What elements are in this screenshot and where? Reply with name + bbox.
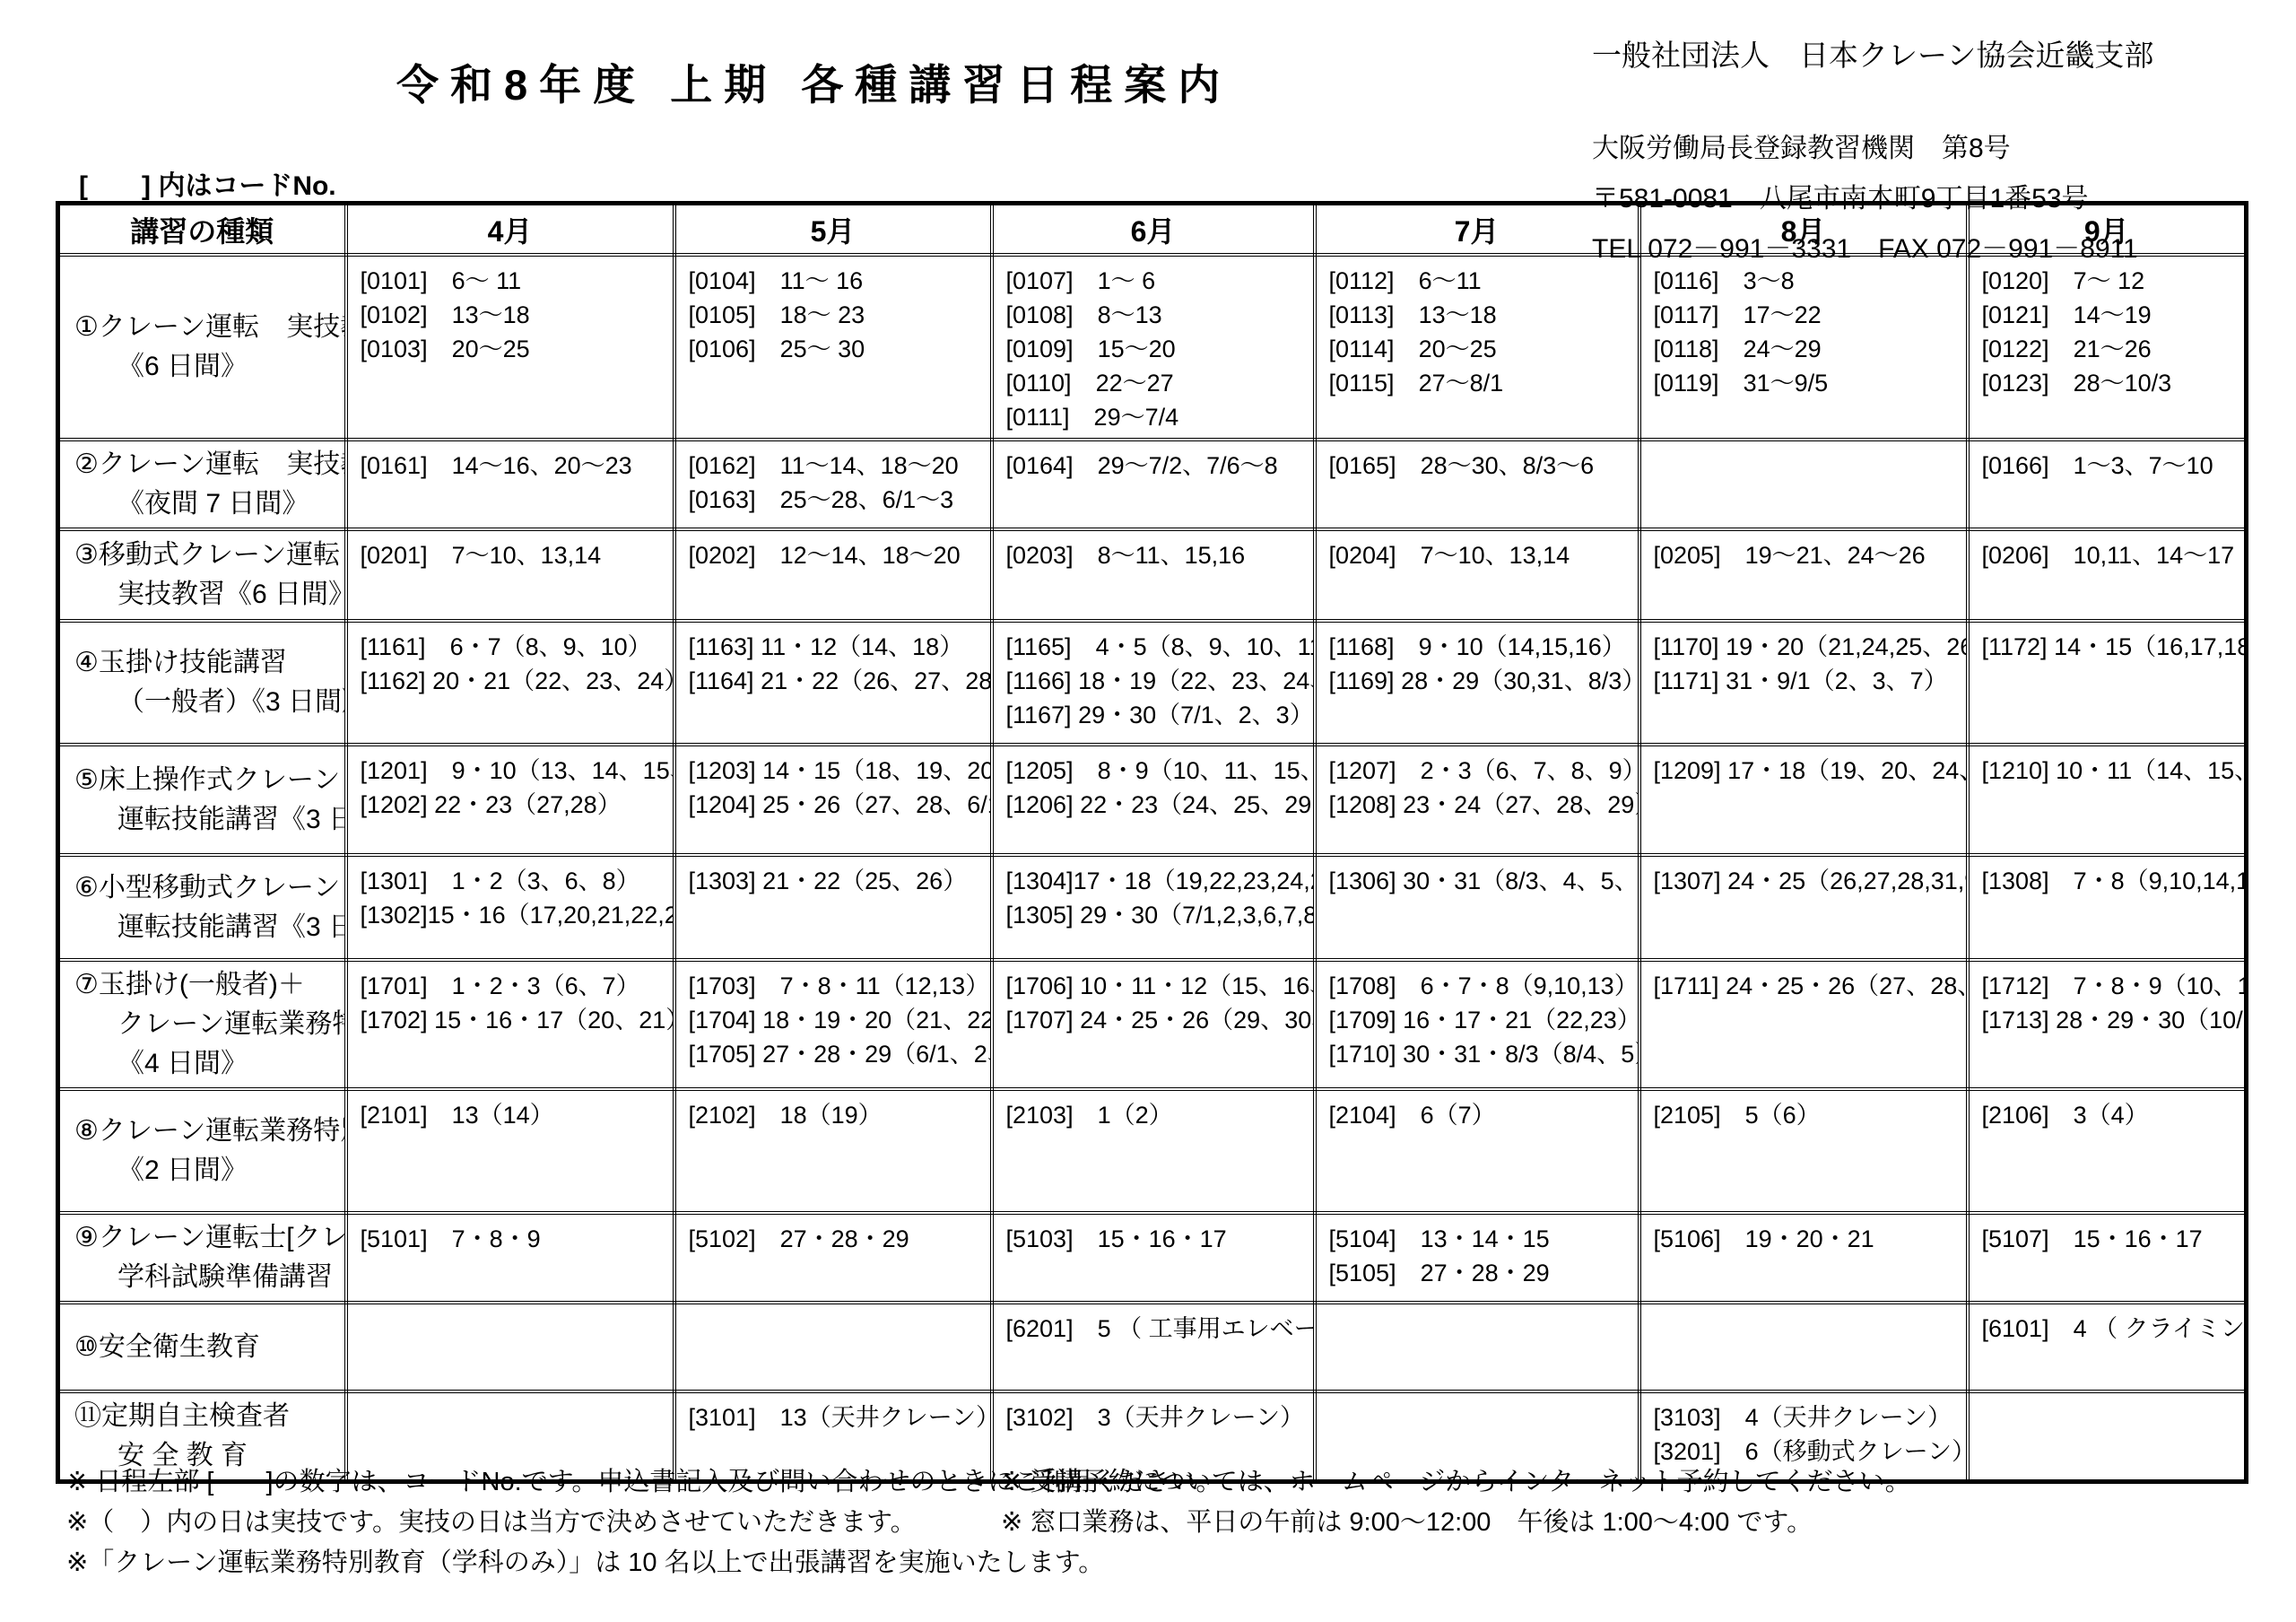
- course-name-cell: ⑤床上操作式クレーン運転技能講習《3 日間》: [58, 745, 346, 855]
- course-name-line: ⑤床上操作式クレーン: [74, 761, 339, 800]
- schedule-cell: [1968, 1391, 2247, 1482]
- schedule-cell: [1165] 4・5（8、9、10、11）[1166] 18・19（22、23、…: [992, 621, 1315, 745]
- schedule-entry: [1209] 17・18（19、20、24、25）: [1654, 754, 1962, 788]
- schedule-cell: [1168] 9・10（14,15,16）[1169] 28・29（30,31、…: [1315, 621, 1639, 745]
- course-row: ⑧クレーン運転業務特別教育《2 日間》[2101] 13（14）[2102] 1…: [58, 1089, 2247, 1213]
- schedule-cell: [1170] 19・20（21,24,25、26）[1171] 31・9/1（2…: [1639, 621, 1968, 745]
- schedule-entry: [5105] 27・28・29: [1329, 1256, 1634, 1290]
- course-name-cell: ⑨クレーン運転士[クレーン限定]学科試験準備講習: [58, 1213, 346, 1303]
- schedule-entry: [3102] 3（天井クレーン）: [1006, 1400, 1309, 1435]
- schedule-entry: [0109] 15～20: [1006, 332, 1309, 366]
- schedule-entry: [3103] 4（天井クレーン）: [1654, 1400, 1962, 1435]
- organization-registration: 大阪労働局長登録教習機関 第8号: [1592, 131, 2153, 167]
- schedule-entry: [0116] 3～8: [1654, 264, 1962, 298]
- schedule-entry: [5102] 27・28・29: [689, 1222, 987, 1256]
- course-name-line: ②クレーン運転 実技教習: [74, 445, 339, 484]
- course-name-line: 《夜間 7 日間》: [74, 484, 339, 524]
- course-name-cell: ⑧クレーン運転業務特別教育《2 日間》: [58, 1089, 346, 1213]
- schedule-cell: [0203] 8～11、15,16: [992, 529, 1315, 621]
- schedule-entry: [0103] 20～25: [361, 332, 669, 366]
- schedule-cell: [1205] 8・9（10、11、15、16）[1206] 22・23（24、2…: [992, 745, 1315, 855]
- column-header-month: 6月: [992, 204, 1315, 256]
- schedule-cell: [6101] 4 （ クライミングクレーン ）: [1968, 1303, 2247, 1391]
- schedule-entry: [1166] 18・19（22、23、24、25）: [1006, 664, 1309, 698]
- footnote: ※ 受講予約については、ホームページからインターネット予約してください。: [1001, 1462, 1911, 1503]
- schedule-entry: [0163] 25～28、6/1～3: [689, 483, 987, 517]
- schedule-entry: [1305] 29・30（7/1,2,3,6,7,8）: [1006, 898, 1309, 932]
- schedule-entry: [1201] 9・10（13、14、15、16）: [361, 754, 669, 788]
- schedule-entry: [1161] 6・7（8、9、10）: [361, 630, 669, 664]
- schedule-entry: [1203] 14・15（18、19、20、21）: [689, 754, 987, 788]
- course-row: ②クレーン運転 実技教習《夜間 7 日間》[0161] 14～16、20～23[…: [58, 440, 2247, 529]
- course-name-line: 運転技能講習《3 日間》: [74, 800, 339, 840]
- footnotes-right: ※ 受講予約については、ホームページからインターネット予約してください。※ 窓口…: [1001, 1462, 1911, 1543]
- course-row: ①クレーン運転 実技教習《6 日間》[0101] 6～ 11[0102] 13～…: [58, 255, 2247, 440]
- schedule-cell: [1203] 14・15（18、19、20、21）[1204] 25・26（27…: [674, 745, 992, 855]
- schedule-entry: [1306] 30・31（8/3、4、5、6）: [1329, 864, 1634, 898]
- schedule-cell: [0166] 1～3、7～10: [1968, 440, 2247, 529]
- schedule-entry: [5104] 13・14・15: [1329, 1222, 1634, 1256]
- course-name-cell: ⑥小型移動式クレーン運転技能講習《3 日間》: [58, 855, 346, 960]
- schedule-cell: [5107] 15・16・17: [1968, 1213, 2247, 1303]
- schedule-entry: [1301] 1・2（3、6、8）: [361, 864, 669, 898]
- schedule-entry: [1713] 28・29・30（10/1、2 、5）: [1982, 1003, 2241, 1037]
- course-name-line: 《4 日間》: [74, 1044, 339, 1084]
- schedule-cell: [1163] 11・12（14、18）[1164] 21・22（26、27、28…: [674, 621, 992, 745]
- schedule-entry: [1167] 29・30（7/1、2、3）: [1006, 698, 1309, 732]
- schedule-cell: [1711] 24・25・26（27、28、31）: [1639, 960, 1968, 1089]
- schedule-entry: [0117] 17～22: [1654, 298, 1962, 332]
- schedule-cell: [0206] 10,11、14～17: [1968, 529, 2247, 621]
- schedule-entry: [0113] 13～18: [1329, 298, 1634, 332]
- schedule-cell: [0104] 11～ 16[0105] 18～ 23[0106] 25～ 30: [674, 255, 992, 440]
- course-name-line: ⑦玉掛け(一般者)＋: [74, 965, 339, 1005]
- schedule-cell: [1639, 1303, 1968, 1391]
- course-name-cell: ④玉掛け技能講習（一般者）《3 日間》: [58, 621, 346, 745]
- schedule-entry: [0164] 29～7/2、7/6～8: [1006, 449, 1309, 483]
- course-name-cell: ③移動式クレーン運転実技教習《6 日間》: [58, 529, 346, 621]
- schedule-entry: [1708] 6・7・8（9,10,13）: [1329, 969, 1634, 1003]
- schedule-entry: [0205] 19～21、24～26: [1654, 538, 1962, 572]
- schedule-cell: [1308] 7・8（9,10,14,15,16,17）: [1968, 855, 2247, 960]
- schedule-cell: [1712] 7・8・9（10、11、14）[1713] 28・29・30（10…: [1968, 960, 2247, 1089]
- schedule-cell: [0205] 19～21、24～26: [1639, 529, 1968, 621]
- schedule-cell: [2106] 3（4）: [1968, 1089, 2247, 1213]
- schedule-entry: [2101] 13（14）: [361, 1098, 669, 1132]
- schedule-entry: [2105] 5（6）: [1654, 1098, 1962, 1132]
- schedule-entry: [1304]17・18（19,22,23,24,25,26）: [1006, 864, 1309, 898]
- course-name-cell: ⑩安全衛生教育: [58, 1303, 346, 1391]
- schedule-entry: [1205] 8・9（10、11、15、16）: [1006, 754, 1309, 788]
- schedule-entry: [0201] 7～10、13,14: [361, 538, 669, 572]
- schedule-entry: [1705] 27・28・29（6/1、2、3）: [689, 1037, 987, 1071]
- column-header-course-type: 講習の種類: [58, 204, 346, 256]
- schedule-cell: [0107] 1～ 6[0108] 8～13[0109] 15～20[0110]…: [992, 255, 1315, 440]
- course-name-line: ⑥小型移動式クレーン: [74, 868, 339, 908]
- schedule-cell: [1304]17・18（19,22,23,24,25,26）[1305] 29・…: [992, 855, 1315, 960]
- schedule-entry: [0121] 14～19: [1982, 298, 2241, 332]
- course-name-line: ⑪定期自主検査者: [74, 1397, 339, 1436]
- column-header-month: 9月: [1968, 204, 2247, 256]
- schedule-entry: [1704] 18・19・20（21、22、25）: [689, 1003, 987, 1037]
- schedule-cell: [2103] 1（2）: [992, 1089, 1315, 1213]
- course-name-line: ④玉掛け技能講習: [74, 643, 339, 683]
- course-name-line: ⑧クレーン運転業務特別教育: [74, 1112, 339, 1151]
- schedule-entry: [0123] 28～10/3: [1982, 366, 2241, 400]
- schedule-entry: [0165] 28～30、8/3～6: [1329, 449, 1634, 483]
- course-name-line: クレーン運転業務特別教育: [74, 1005, 339, 1044]
- schedule-cell: [1639, 440, 1968, 529]
- schedule-entry: [1202] 22・23（27,28）: [361, 788, 669, 822]
- schedule-entry: [0162] 11～14、18～20: [689, 449, 987, 483]
- course-name-cell: ②クレーン運転 実技教習《夜間 7 日間》: [58, 440, 346, 529]
- schedule-entry: [0114] 20～25: [1329, 332, 1634, 366]
- schedule-entry: [1701] 1・2・3（6、7）: [361, 969, 669, 1003]
- schedule-cell: [1210] 10・11（14、15、16）: [1968, 745, 2247, 855]
- schedule-entry: [2104] 6（7）: [1329, 1098, 1634, 1132]
- schedule-entry: [5103] 15・16・17: [1006, 1222, 1309, 1256]
- schedule-entry: [1709] 16・17・21（22,23）: [1329, 1003, 1634, 1037]
- schedule-entry: [0112] 6～11: [1329, 264, 1634, 298]
- column-header-month: 5月: [674, 204, 992, 256]
- schedule-cell: [1209] 17・18（19、20、24、25）: [1639, 745, 1968, 855]
- schedule-entry: [0107] 1～ 6: [1006, 264, 1309, 298]
- schedule-cell: [5104] 13・14・15[5105] 27・28・29: [1315, 1213, 1639, 1303]
- schedule-entry: [1207] 2・3（6、7、8、9）: [1329, 754, 1634, 788]
- course-row: ⑩安全衛生教育[6201] 5 （ 工事用エレベーター ）[6101] 4 （ …: [58, 1303, 2247, 1391]
- schedule-entry: [1172] 14・15（16,17,18）: [1982, 630, 2241, 664]
- schedule-entry: [1163] 11・12（14、18）: [689, 630, 987, 664]
- schedule-cell: [6201] 5 （ 工事用エレベーター ）: [992, 1303, 1315, 1391]
- schedule-cell: [1303] 21・22（25、26）: [674, 855, 992, 960]
- schedule-entry: [0105] 18～ 23: [689, 298, 987, 332]
- schedule-entry: [5107] 15・16・17: [1982, 1222, 2241, 1256]
- schedule-table: 講習の種類4月5月6月7月8月9月①クレーン運転 実技教習《6 日間》[0101…: [56, 201, 2248, 1484]
- schedule-entry: [0106] 25～ 30: [689, 332, 987, 366]
- schedule-entry: [0202] 12～14、18～20: [689, 538, 987, 572]
- schedule-entry: [1168] 9・10（14,15,16）: [1329, 630, 1634, 664]
- course-name-line: 実技教習《6 日間》: [74, 575, 339, 615]
- schedule-cell: [1172] 14・15（16,17,18）: [1968, 621, 2247, 745]
- schedule-entry: [1710] 30・31・8/3（8/4、5）: [1329, 1037, 1634, 1071]
- schedule-cell: [0202] 12～14、18～20: [674, 529, 992, 621]
- course-name-cell: ①クレーン運転 実技教習《6 日間》: [58, 255, 346, 440]
- schedule-entry: [1206] 22・23（24、25、29）: [1006, 788, 1309, 822]
- schedule-entry: [0120] 7～ 12: [1982, 264, 2241, 298]
- schedule-entry: [0206] 10,11、14～17: [1982, 538, 2241, 572]
- schedule-entry: [1707] 24・25・26（29、30、7/2）: [1006, 1003, 1309, 1037]
- course-name-line: （一般者）《3 日間》: [74, 683, 339, 722]
- schedule-entry: [3101] 13（天井クレーン）: [689, 1400, 987, 1435]
- course-name-line: ⑩安全衛生教育: [74, 1328, 339, 1367]
- schedule-entry: [0118] 24～29: [1654, 332, 1962, 366]
- course-row: ⑥小型移動式クレーン運転技能講習《3 日間》[1301] 1・2（3、6、8）[…: [58, 855, 2247, 960]
- course-row: ③移動式クレーン運転実技教習《6 日間》[0201] 7～10、13,14[02…: [58, 529, 2247, 621]
- schedule-cell: [1703] 7・8・11（12,13）[1704] 18・19・20（21、2…: [674, 960, 992, 1089]
- schedule-entry: [1208] 23・24（27、28、29）: [1329, 788, 1634, 822]
- schedule-cell: [1161] 6・7（8、9、10）[1162] 20・21（22、23、24）: [346, 621, 674, 745]
- schedule-cell: [0165] 28～30、8/3～6: [1315, 440, 1639, 529]
- schedule-entry: [6101] 4 （ クライミングクレーン ）: [1982, 1312, 2241, 1346]
- schedule-entry: [2103] 1（2）: [1006, 1098, 1309, 1132]
- schedule-entry: [1702] 15・16・17（20、21）: [361, 1003, 669, 1037]
- schedule-entry: [0101] 6～ 11: [361, 264, 669, 298]
- course-name-line: 学科試験準備講習: [74, 1258, 339, 1297]
- schedule-cell: [1701] 1・2・3（6、7）[1702] 15・16・17（20、21）: [346, 960, 674, 1089]
- course-name-line: ③移動式クレーン運転: [74, 536, 339, 575]
- course-name-line: ①クレーン運転 実技教習: [74, 308, 339, 347]
- code-number-note: [ ] 内はコードNo.: [79, 163, 336, 203]
- page-title: 令和8年度 上期 各種講習日程案内: [396, 52, 1231, 112]
- schedule-entry: [2102] 18（19）: [689, 1098, 987, 1132]
- schedule-entry: [0110] 22～27: [1006, 366, 1309, 400]
- schedule-cell: [1207] 2・3（6、7、8、9）[1208] 23・24（27、28、29…: [1315, 745, 1639, 855]
- schedule-entry: [0161] 14～16、20～23: [361, 449, 669, 483]
- schedule-cell: [0164] 29～7/2、7/6～8: [992, 440, 1315, 529]
- schedule-entry: [5106] 19・20・21: [1654, 1222, 1962, 1256]
- schedule-entry: [1162] 20・21（22、23、24）: [361, 664, 669, 698]
- schedule-cell: [5103] 15・16・17: [992, 1213, 1315, 1303]
- schedule-cell: [674, 1303, 992, 1391]
- schedule-cell: [1706] 10・11・12（15、16、17）[1707] 24・25・26…: [992, 960, 1315, 1089]
- column-header-month: 7月: [1315, 204, 1639, 256]
- course-name-line: 《2 日間》: [74, 1151, 339, 1190]
- schedule-entry: [6201] 5 （ 工事用エレベーター ）: [1006, 1312, 1309, 1346]
- course-row: ⑨クレーン運転士[クレーン限定]学科試験準備講習[5101] 7・8・9[510…: [58, 1213, 2247, 1303]
- footnote: ※「クレーン運転業務特別教育（学科のみ）」は 10 名以上で出張講習を実施いたし…: [66, 1543, 1222, 1583]
- schedule-cell: [1301] 1・2（3、6、8）[1302]15・16（17,20,21,22…: [346, 855, 674, 960]
- schedule-entry: [0122] 21～26: [1982, 332, 2241, 366]
- schedule-cell: [0120] 7～ 12[0121] 14～19[0122] 21～26[012…: [1968, 255, 2247, 440]
- course-name-line: 運転技能講習《3 日間》: [74, 908, 339, 947]
- schedule-entry: [0111] 29～7/4: [1006, 400, 1309, 434]
- course-name-line: 《6 日間》: [74, 347, 339, 387]
- schedule-cell: [2102] 18（19）: [674, 1089, 992, 1213]
- schedule-cell: [1315, 1303, 1639, 1391]
- schedule-cell: [1306] 30・31（8/3、4、5、6）: [1315, 855, 1639, 960]
- schedule-entry: [2106] 3（4）: [1982, 1098, 2241, 1132]
- schedule-cell: [0161] 14～16、20～23: [346, 440, 674, 529]
- schedule-cell: [2101] 13（14）: [346, 1089, 674, 1213]
- schedule-entry: [0102] 13～18: [361, 298, 669, 332]
- schedule-cell: [1708] 6・7・8（9,10,13）[1709] 16・17・21（22,…: [1315, 960, 1639, 1089]
- schedule-entry: [1303] 21・22（25、26）: [689, 864, 987, 898]
- schedule-entry: [1165] 4・5（8、9、10、11）: [1006, 630, 1309, 664]
- schedule-entry: [1307] 24・25（26,27,28,31,9/1,2）: [1654, 864, 1962, 898]
- schedule-entry: [1169] 28・29（30,31、8/3）: [1329, 664, 1634, 698]
- schedule-entry: [0166] 1～3、7～10: [1982, 449, 2241, 483]
- schedule-entry: [1204] 25・26（27、28、6/1）: [689, 788, 987, 822]
- schedule-entry: [1170] 19・20（21,24,25、26）: [1654, 630, 1962, 664]
- schedule-cell: [0201] 7～10、13,14: [346, 529, 674, 621]
- course-row: ⑤床上操作式クレーン運転技能講習《3 日間》[1201] 9・10（13、14、…: [58, 745, 2247, 855]
- schedule-entry: [1706] 10・11・12（15、16、17）: [1006, 969, 1309, 1003]
- schedule-cell: [2104] 6（7）: [1315, 1089, 1639, 1213]
- header-row: 講習の種類4月5月6月7月8月9月: [58, 204, 2247, 256]
- column-header-month: 4月: [346, 204, 674, 256]
- schedule-cell: [0162] 11～14、18～20[0163] 25～28、6/1～3: [674, 440, 992, 529]
- schedule-cell: [346, 1303, 674, 1391]
- schedule-entry: [1210] 10・11（14、15、16）: [1982, 754, 2241, 788]
- schedule-cell: [0101] 6～ 11[0102] 13～18[0103] 20～25: [346, 255, 674, 440]
- schedule-entry: [1171] 31・9/1（2、3、7）: [1654, 664, 1962, 698]
- course-name-line: ⑨クレーン運転士[クレーン限定]: [74, 1218, 339, 1258]
- organization-name: 一般社団法人 日本クレーン協会近畿支部: [1592, 36, 2153, 75]
- column-header-month: 8月: [1639, 204, 1968, 256]
- schedule-entry: [1302]15・16（17,20,21,22,23,24）: [361, 898, 669, 932]
- course-row: ④玉掛け技能講習（一般者）《3 日間》[1161] 6・7（8、9、10）[11…: [58, 621, 2247, 745]
- schedule-cell: [2105] 5（6）: [1639, 1089, 1968, 1213]
- schedule-entry: [1703] 7・8・11（12,13）: [689, 969, 987, 1003]
- schedule-entry: [0119] 31～9/5: [1654, 366, 1962, 400]
- schedule-entry: [0108] 8～13: [1006, 298, 1309, 332]
- schedule-entry: [0203] 8～11、15,16: [1006, 538, 1309, 572]
- schedule-entry: [1712] 7・8・9（10、11、14）: [1982, 969, 2241, 1003]
- course-row: ⑦玉掛け(一般者)＋クレーン運転業務特別教育《4 日間》[1701] 1・2・3…: [58, 960, 2247, 1089]
- schedule-cell: [0112] 6～11[0113] 13～18[0114] 20～25[0115…: [1315, 255, 1639, 440]
- schedule-entry: [1308] 7・8（9,10,14,15,16,17）: [1982, 864, 2241, 898]
- schedule-cell: [1201] 9・10（13、14、15、16）[1202] 22・23（27,…: [346, 745, 674, 855]
- footnote: ※ 窓口業務は、平日の午前は 9:00～12:00 午後は 1:00～4:00 …: [1001, 1503, 1911, 1543]
- schedule-entry: [0115] 27～8/1: [1329, 366, 1634, 400]
- schedule-cell: [0204] 7～10、13,14: [1315, 529, 1639, 621]
- schedule-cell: [1307] 24・25（26,27,28,31,9/1,2）: [1639, 855, 1968, 960]
- schedule-cell: [5102] 27・28・29: [674, 1213, 992, 1303]
- schedule-entry: [0204] 7～10、13,14: [1329, 538, 1634, 572]
- schedule-cell: [0116] 3～8[0117] 17～22[0118] 24～29[0119]…: [1639, 255, 1968, 440]
- schedule-entry: [5101] 7・8・9: [361, 1222, 669, 1256]
- schedule-cell: [5101] 7・8・9: [346, 1213, 674, 1303]
- schedule-entry: [0104] 11～ 16: [689, 264, 987, 298]
- course-name-cell: ⑦玉掛け(一般者)＋クレーン運転業務特別教育《4 日間》: [58, 960, 346, 1089]
- schedule-cell: [5106] 19・20・21: [1639, 1213, 1968, 1303]
- schedule-entry: [1711] 24・25・26（27、28、31）: [1654, 969, 1962, 1003]
- schedule-entry: [1164] 21・22（26、27、28）: [689, 664, 987, 698]
